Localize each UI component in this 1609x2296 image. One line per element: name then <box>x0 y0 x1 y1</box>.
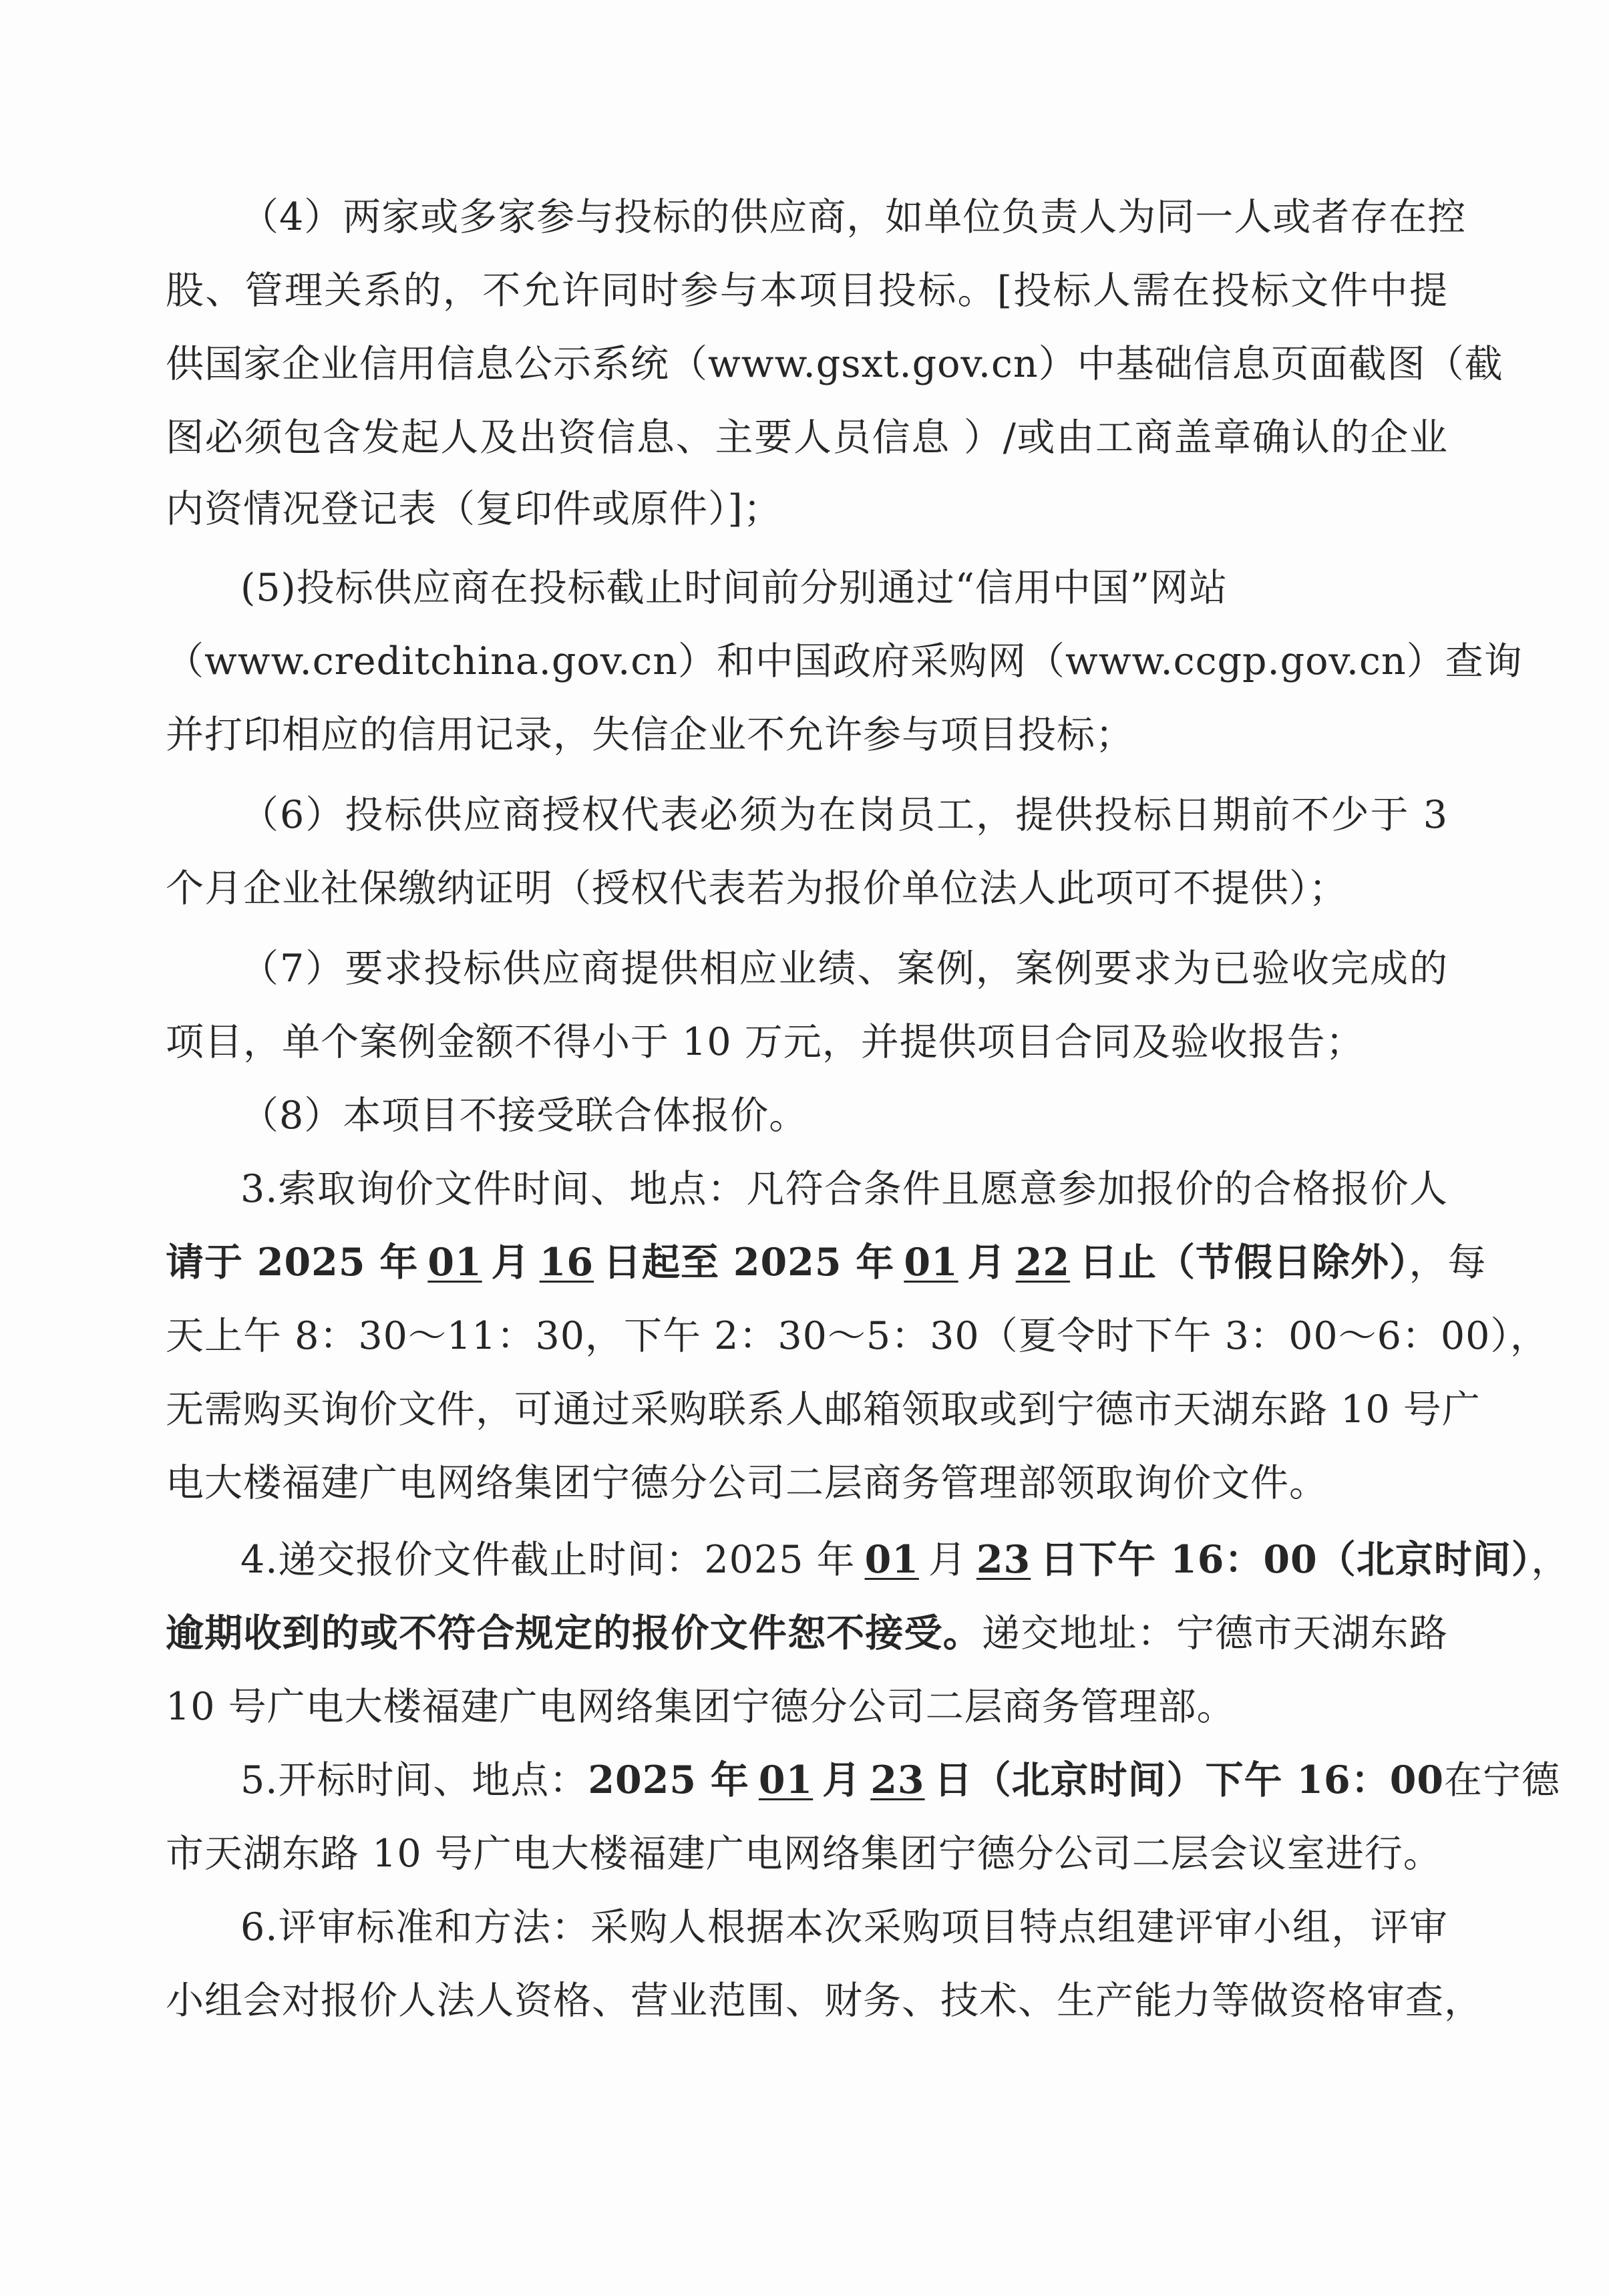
document-text-line: 天上午 8：30～11：30，下午 2：30～5：30（夏令时下午 3：00～6… <box>166 1303 1448 1369</box>
underlined-date-field: 22 <box>1007 1240 1079 1285</box>
text-run: 无需购买询价文件，可通过采购联系人邮箱领取或到宁德市天湖东路 10 号广 <box>166 1387 1481 1432</box>
text-run: ，每 <box>1409 1241 1487 1285</box>
text-run: 图必须包含发起人及出资信息、主要人员信息 ）/或由工商盖章确认的企业 <box>166 416 1448 460</box>
text-run: 日止（节假日除外） <box>1079 1240 1409 1285</box>
text-run: ， <box>1531 1538 1570 1582</box>
text-run: 2025 年 <box>588 1758 749 1802</box>
text-run: 月 <box>492 1240 530 1285</box>
document-text-line: 并打印相应的信用记录，失信企业不允许参与项目投标； <box>166 701 1448 768</box>
document-text-line: 股、管理关系的，不允许同时参与本项目投标。[投标人需在投标文件中提 <box>166 257 1448 324</box>
text-run: 项目，单个案例金额不得小于 10 万元，并提供项目合同及验收报告； <box>166 1020 1365 1064</box>
text-run: 月 <box>968 1240 1007 1285</box>
text-run: 5.开标时间、地点： <box>240 1758 588 1802</box>
document-text-line: （4）两家或多家参与投标的供应商，如单位负责人为同一人或者存在控 <box>240 184 1448 251</box>
document-text-line: 无需购买询价文件，可通过采购联系人邮箱领取或到宁德市天湖东路 10 号广 <box>166 1376 1448 1443</box>
document-text-line: 电大楼福建广电网络集团宁德分公司二层商务管理部领取询价文件。 <box>166 1450 1448 1516</box>
text-run: （6）投标供应商授权代表必须为在岗员工，提供投标日期前不少于 3 <box>240 793 1448 837</box>
text-run: 逾期收到的或不符合规定的报价文件恕不接受。 <box>166 1611 982 1655</box>
text-run: 个月企业社保缴纳证明（授权代表若为报价单位法人此项可不提供）； <box>166 866 1348 911</box>
text-run: 月 <box>822 1758 861 1802</box>
document-text-line: 图必须包含发起人及出资信息、主要人员信息 ）/或由工商盖章确认的企业 <box>166 404 1448 471</box>
document-text-line: 10 号广电大楼福建广电网络集团宁德分公司二层商务管理部。 <box>166 1673 1448 1740</box>
underlined-date-field: 16 <box>530 1240 603 1285</box>
text-run: （8）本项目不接受联合体报价。 <box>240 1094 808 1138</box>
text-run: 日起至 2025 年 <box>603 1240 894 1285</box>
text-run: （www.creditchina.gov.cn）和中国政府采购网（www.ccg… <box>166 639 1523 683</box>
document-text-line: 市天湖东路 10 号广电大楼福建广电网络集团宁德分公司二层会议室进行。 <box>166 1820 1448 1887</box>
underlined-date-field: 01 <box>856 1537 928 1582</box>
text-run: （4）两家或多家参与投标的供应商，如单位负责人为同一人或者存在控 <box>240 195 1466 239</box>
text-run: 内资情况登记表（复印件或原件）]； <box>166 487 782 531</box>
document-text-line: 小组会对报价人法人资格、营业范围、财务、技术、生产能力等做资格审查， <box>166 1967 1448 2034</box>
text-run: 月 <box>928 1538 967 1582</box>
document-text-line: 供国家企业信用信息公示系统（www.gsxt.gov.cn）中基础信息页面截图（… <box>166 331 1448 397</box>
text-run: 6.评审标准和方法：采购人根据本次采购项目特点组建评审小组，评审 <box>240 1905 1448 1949</box>
underlined-date-field: 01 <box>749 1758 822 1802</box>
document-text-line: （www.creditchina.gov.cn）和中国政府采购网（www.ccg… <box>166 628 1448 695</box>
text-run: 日（北京时间）下午 16：00 <box>934 1758 1445 1802</box>
document-text-line: 项目，单个案例金额不得小于 10 万元，并提供项目合同及验收报告； <box>166 1009 1448 1076</box>
document-text-line: 4.递交报价文件截止时间：2025 年01月23日下午 16：00（北京时间）， <box>240 1526 1448 1593</box>
document-text-line: （7）要求投标供应商提供相应业绩、案例，案例要求为已验收完成的 <box>240 935 1448 1002</box>
document-text-line: (5)投标供应商在投标截止时间前分别通过“信用中国”网站 <box>240 554 1448 621</box>
text-run: 3.索取询价文件时间、地点：凡符合条件且愿意参加报价的合格报价人 <box>240 1167 1448 1211</box>
document-text-line: 6.评审标准和方法：采购人根据本次采购项目特点组建评审小组，评审 <box>240 1894 1448 1961</box>
text-run: 股、管理关系的，不允许同时参与本项目投标。[投标人需在投标文件中提 <box>166 269 1448 313</box>
document-text-line: 逾期收到的或不符合规定的报价文件恕不接受。递交地址：宁德市天湖东路 <box>166 1600 1448 1667</box>
document-text-line: 5.开标时间、地点：2025 年01月23日（北京时间）下午 16：00在宁德 <box>240 1747 1448 1814</box>
text-run: 递交地址：宁德市天湖东路 <box>982 1611 1448 1655</box>
underlined-date-field: 23 <box>861 1758 934 1802</box>
document-text-line: 3.索取询价文件时间、地点：凡符合条件且愿意参加报价的合格报价人 <box>240 1156 1448 1222</box>
document-text-line: （8）本项目不接受联合体报价。 <box>240 1082 1448 1149</box>
text-run: 请于 2025 年 <box>166 1240 418 1285</box>
text-run: （7）要求投标供应商提供相应业绩、案例，案例要求为已验收完成的 <box>240 947 1448 991</box>
document-text-line: 个月企业社保缴纳证明（授权代表若为报价单位法人此项可不提供）； <box>166 855 1448 922</box>
text-run: 天上午 8：30～11：30，下午 2：30～5：30（夏令时下午 3：00～6… <box>166 1314 1549 1358</box>
document-text-line: 内资情况登记表（复印件或原件）]； <box>166 476 1448 542</box>
underlined-date-field: 23 <box>967 1537 1040 1582</box>
text-run: 10 号广电大楼福建广电网络集团宁德分公司二层商务管理部。 <box>166 1685 1236 1729</box>
text-run: (5)投标供应商在投标截止时间前分别通过“信用中国”网站 <box>240 566 1228 610</box>
text-run: 电大楼福建广电网络集团宁德分公司二层商务管理部领取询价文件。 <box>166 1461 1328 1505</box>
text-run: 并打印相应的信用记录，失信企业不允许参与项目投标； <box>166 713 1134 757</box>
text-run: 在宁德 <box>1444 1758 1560 1802</box>
text-run: 市天湖东路 10 号广电大楼福建广电网络集团宁德分公司二层会议室进行。 <box>166 1832 1442 1876</box>
text-run: 4.递交报价文件截止时间：2025 年 <box>240 1538 856 1582</box>
document-text-line: （6）投标供应商授权代表必须为在岗员工，提供投标日期前不少于 3 <box>240 782 1448 848</box>
underlined-date-field: 01 <box>894 1240 967 1285</box>
text-run: 供国家企业信用信息公示系统（www.gsxt.gov.cn）中基础信息页面截图（… <box>166 342 1503 386</box>
document-text-line: 请于 2025 年01月16日起至 2025 年01月22日止（节假日除外），每 <box>166 1229 1448 1296</box>
scanned-document-page: （4）两家或多家参与投标的供应商，如单位负责人为同一人或者存在控股、管理关系的，… <box>0 0 1609 2296</box>
text-run: 小组会对报价人法人资格、营业范围、财务、技术、生产能力等做资格审查， <box>166 1979 1483 2023</box>
text-run: 日下午 16：00（北京时间） <box>1040 1537 1531 1582</box>
underlined-date-field: 01 <box>418 1240 491 1285</box>
